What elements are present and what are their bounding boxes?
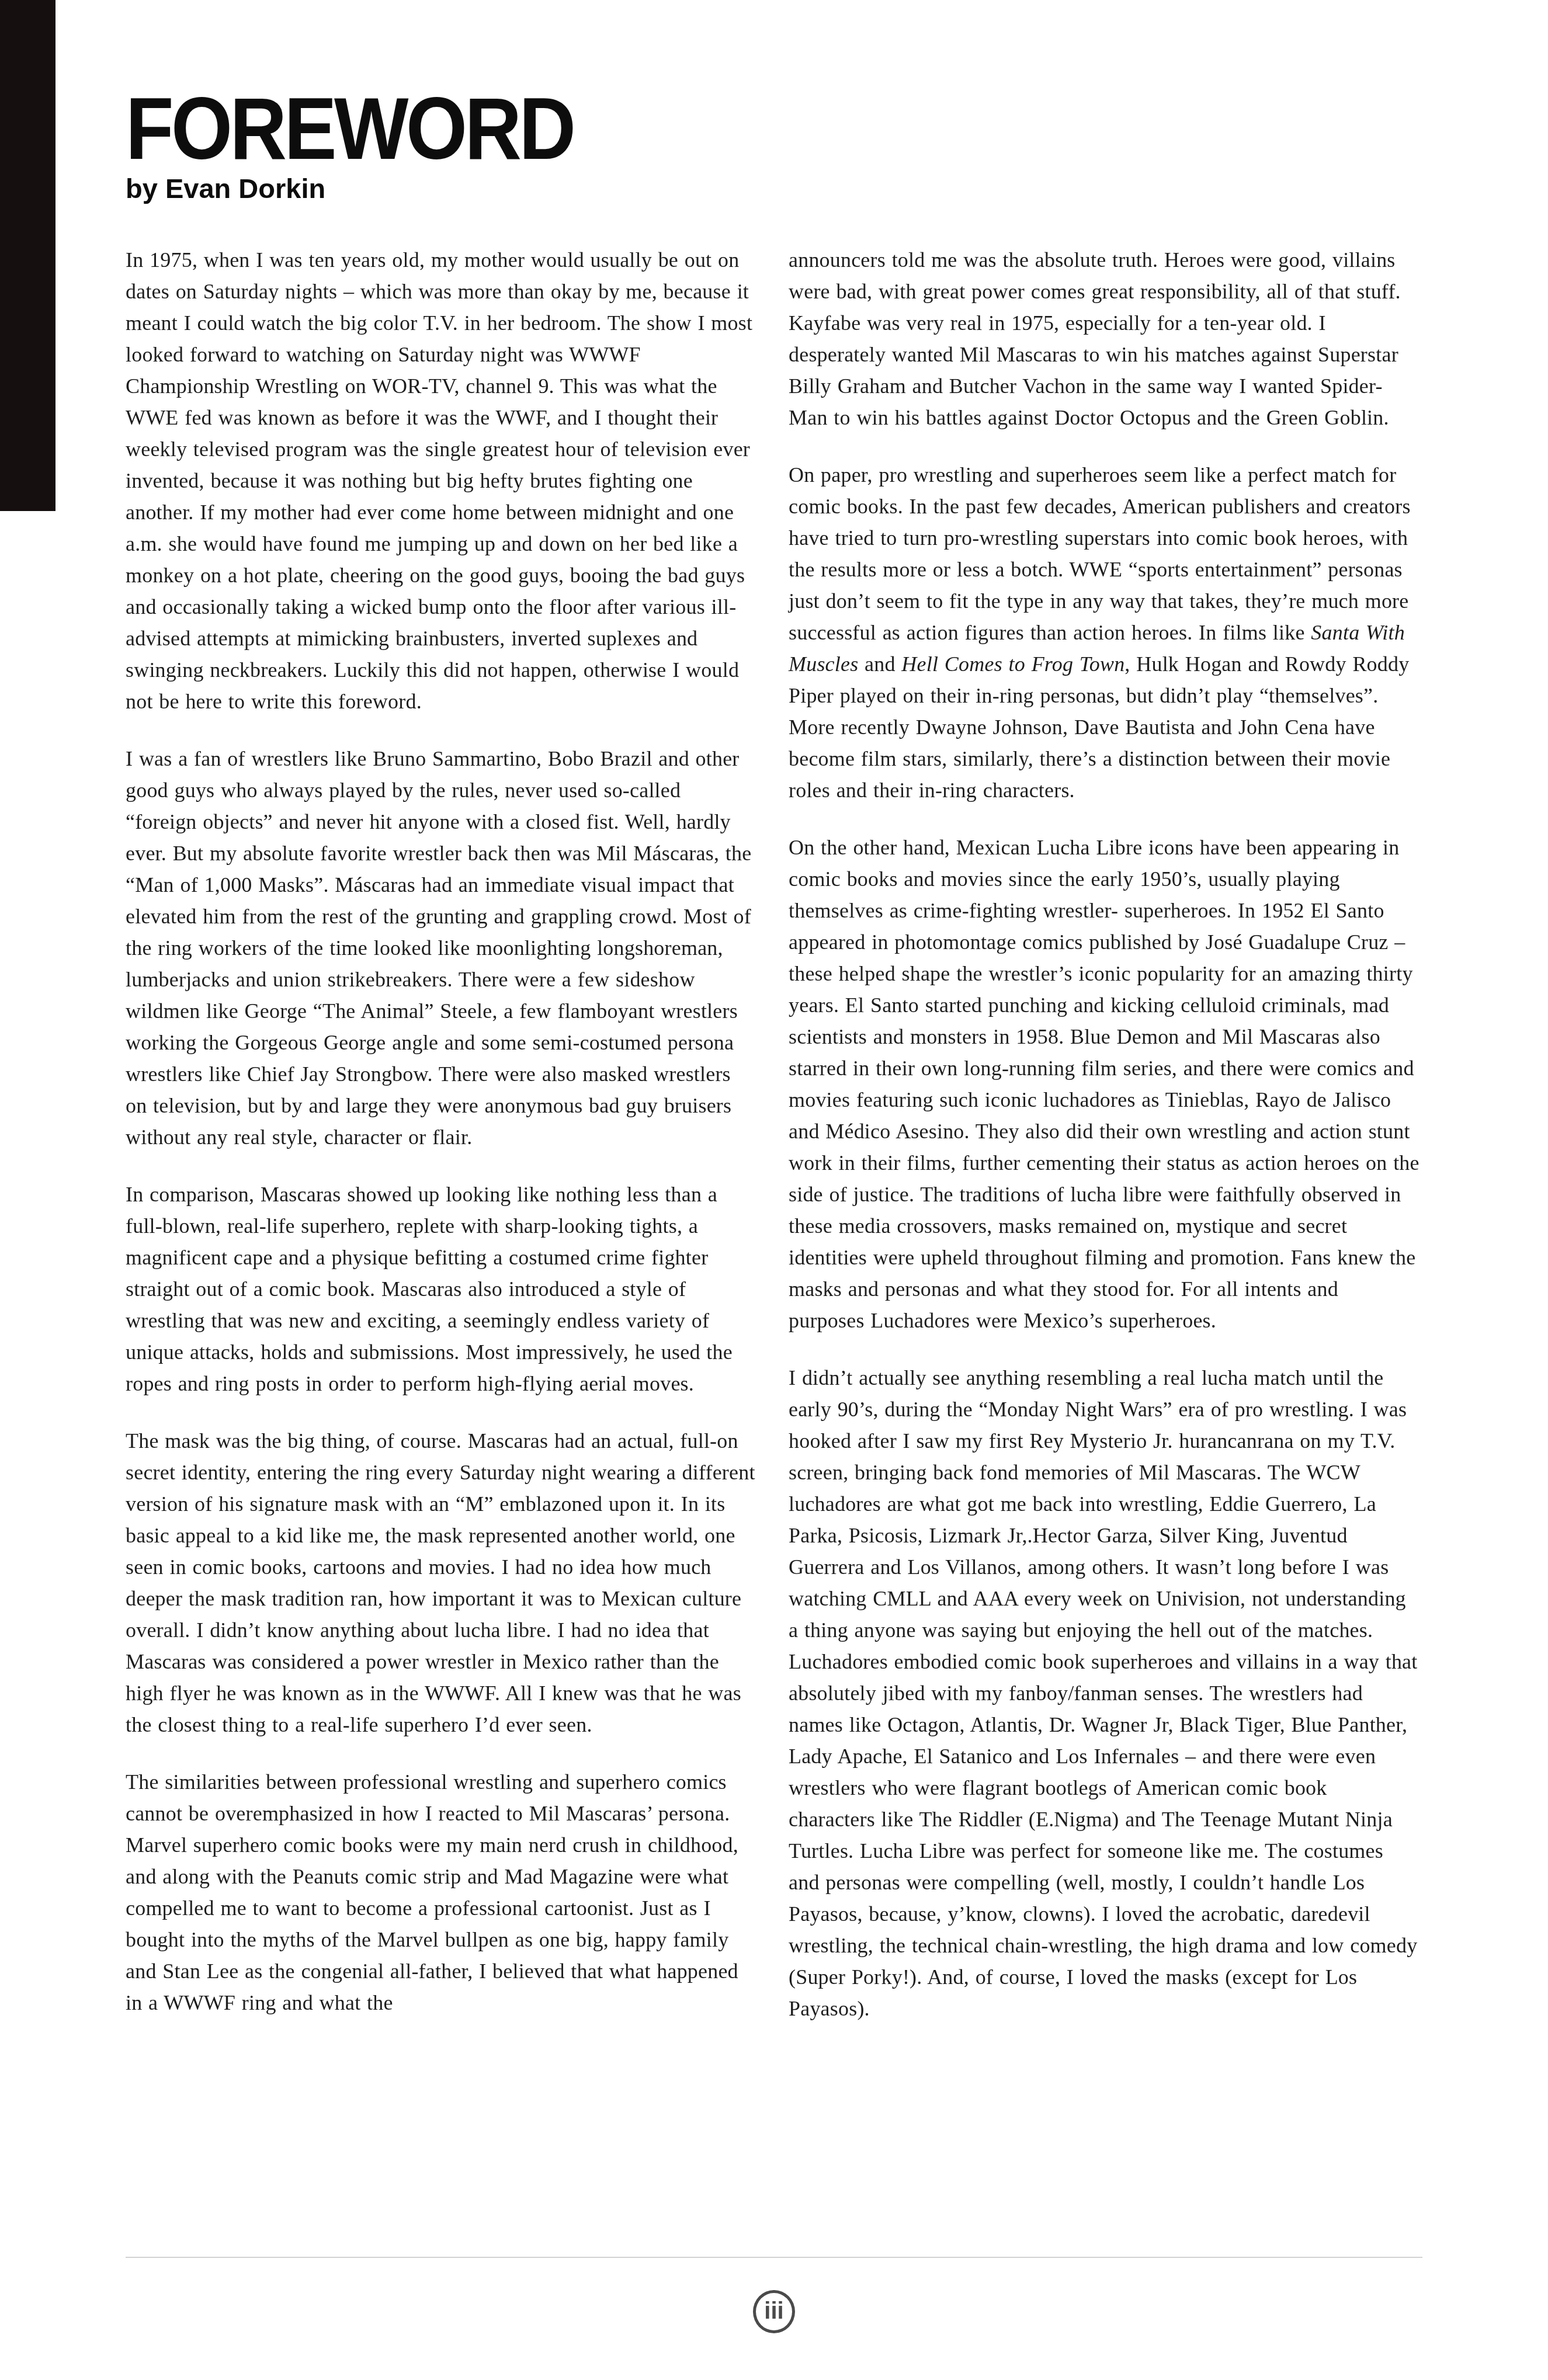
right-column: announcers told me was the absolute trut…: [789, 244, 1419, 2024]
paragraph: The mask was the big thing, of course. M…: [126, 1425, 756, 1740]
footer-rule: [126, 2257, 1422, 2258]
italic-film-title: Hell Comes to Frog Town: [901, 652, 1124, 676]
paragraph: In 1975, when I was ten years old, my mo…: [126, 244, 756, 717]
text-segment: In comparison, Mascaras showed up lookin…: [126, 1183, 733, 1395]
paragraph: In comparison, Mascaras showed up lookin…: [126, 1179, 756, 1399]
text-segment: and: [858, 652, 901, 676]
page-number: iii: [764, 2299, 783, 2323]
text-segment: I didn’t actually see anything resemblin…: [789, 1366, 1418, 2020]
paragraph: announcers told me was the absolute trut…: [789, 244, 1419, 433]
paragraph: On paper, pro wrestling and superheroes …: [789, 459, 1419, 806]
masthead: FOREWORD by Evan Dorkin: [126, 86, 1422, 203]
text-segment: The similarities between professional wr…: [126, 1770, 738, 2014]
paragraph: I didn’t actually see anything resemblin…: [789, 1362, 1419, 2024]
text-segment: On the other hand, Mexican Lucha Libre i…: [789, 836, 1419, 1332]
text-segment: announcers told me was the absolute trut…: [789, 248, 1401, 429]
paragraph: I was a fan of wrestlers like Bruno Samm…: [126, 743, 756, 1153]
paragraph: The similarities between professional wr…: [126, 1766, 756, 2018]
paragraph: On the other hand, Mexican Lucha Libre i…: [789, 832, 1419, 1336]
spine-accent-bar: [0, 0, 55, 511]
left-column: In 1975, when I was ten years old, my mo…: [126, 244, 756, 2018]
text-segment: I was a fan of wrestlers like Bruno Samm…: [126, 747, 751, 1149]
page-title: FOREWORD: [126, 86, 573, 172]
page-number-badge: iii: [753, 2290, 795, 2333]
text-segment: On paper, pro wrestling and superheroes …: [789, 463, 1411, 644]
byline: by Evan Dorkin: [126, 174, 1422, 203]
text-segment: In 1975, when I was ten years old, my mo…: [126, 248, 752, 713]
text-segment: The mask was the big thing, of course. M…: [126, 1429, 755, 1736]
